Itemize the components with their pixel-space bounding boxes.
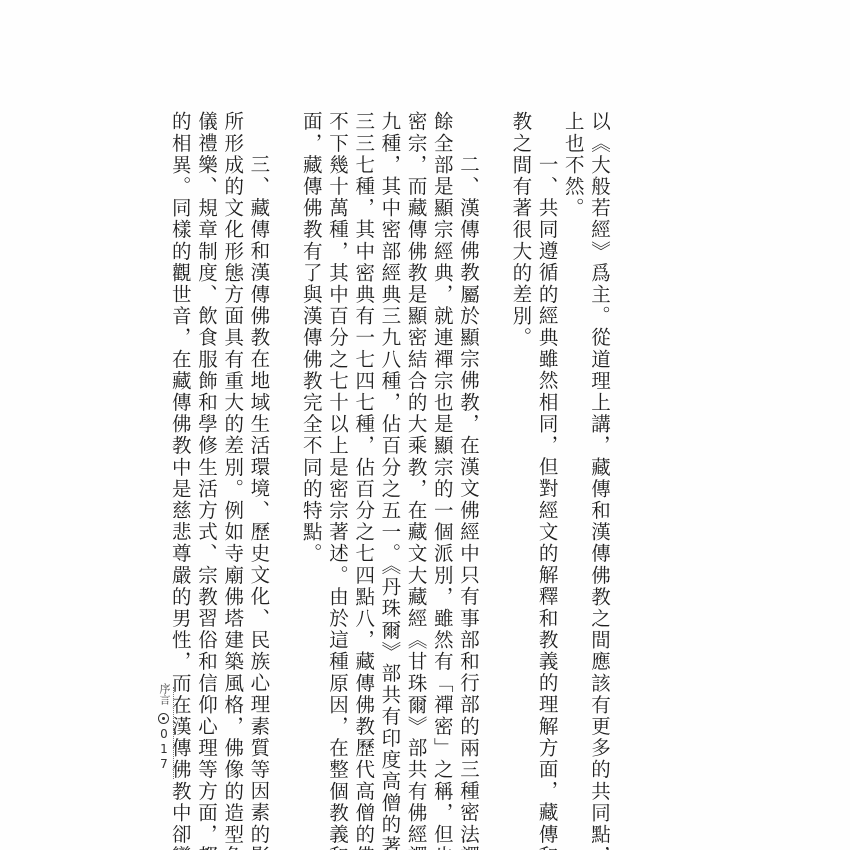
text-column: 二、漢傳佛教屬於顯宗佛教，在漢文佛經中只有事部和行部的兩三種密法譯本，其 [456, 111, 480, 834]
text-column: 不下幾十萬種，其中百分之七十以上是密宗著述。由於這種原因，在整個教義和修持方 [325, 111, 349, 791]
section-label: 序言 [157, 683, 171, 705]
text-column: 面，藏傳佛教有了與漢傳佛教完全不同的特點。 [299, 111, 323, 791]
text-column: 九種，其中密部經典三九八種，佔百分之五一。《丹珠爾》部共有印度高僧的著述種二 [377, 111, 401, 791]
dotted-rule [173, 687, 174, 779]
circle-dot-icon [158, 713, 169, 724]
text-column: 教之間有著很大的差別。 [508, 111, 532, 791]
text-column: 以《大般若經》爲主。從道理上講，藏傳和漢傳佛教之間應該有更多的共同點，但實際 [587, 111, 611, 791]
text-column: 儀禮樂、規章制度、飲食服飾和學修生活方式、宗教習俗和信仰心理等方面，都有明顯 [194, 111, 218, 791]
text-column: 三、藏傳和漢傳佛教在地域生活環境、歷史文化、民族心理素質等因素的影響下， [246, 111, 270, 834]
text-column: 所形成的文化形態方面具有重大的差別。例如寺廟佛塔建築風格，佛像的造型色調、供 [220, 111, 244, 791]
text-column: 三三七種，其中密典有一七四七種，佔百分之七四點八，藏傳佛教歷代高僧的佛教論著 [351, 111, 375, 791]
text-column: 上也不然。 [561, 111, 585, 791]
text-column: 一、共同遵循的經典雖然相同，但對經文的解釋和教義的理解方面，藏傳和漢傳佛 [535, 111, 559, 834]
page-number: 017 [157, 727, 171, 772]
book-page: 以《大般若經》爲主。從道理上講，藏傳和漢傳佛教之間應該有更多的共同點，但實際上也… [0, 0, 850, 850]
page-footer: 序言 017 [155, 683, 175, 783]
text-column: 密宗，而藏傳佛教是顯密結合的大乘教，在藏文大藏經《甘珠爾》部共有佛經譯本七七 [404, 111, 428, 791]
text-column: 餘全部是顯宗經典，就連禪宗也是顯宗的一個派別，雖然有「禪密」之稱，但也算不上 [430, 111, 454, 791]
